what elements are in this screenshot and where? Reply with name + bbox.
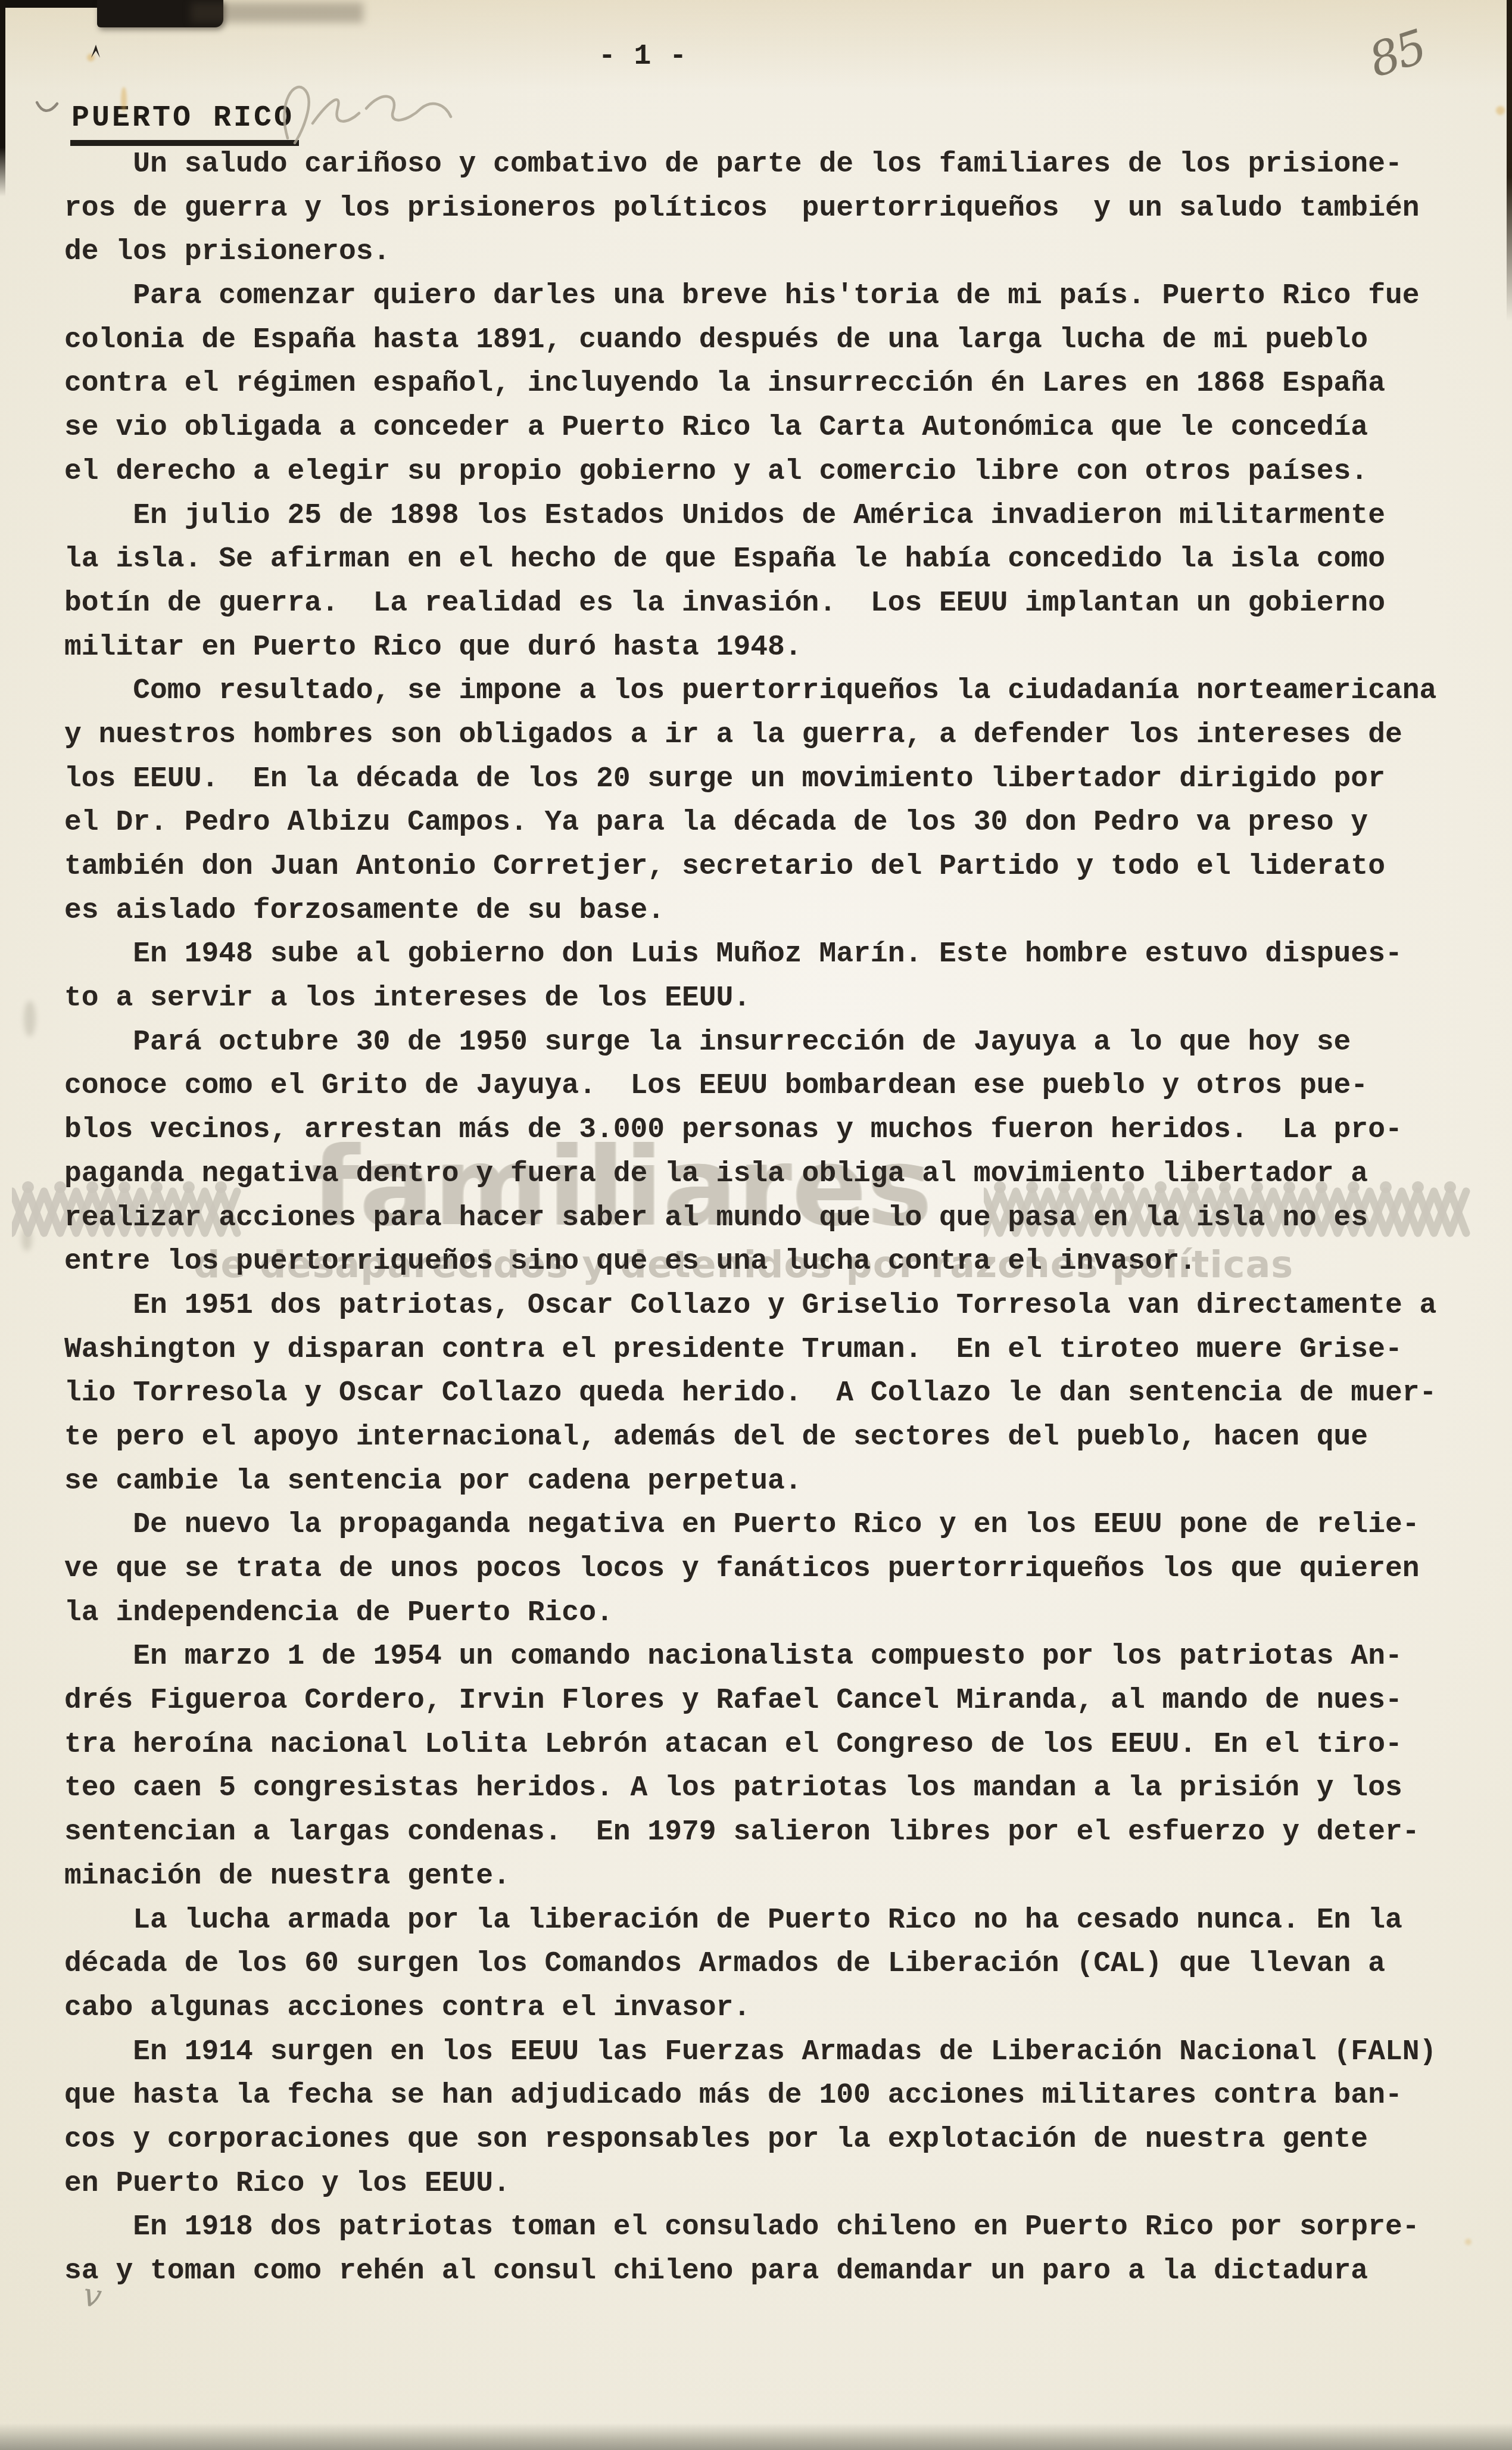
text-line: drés Figueroa Cordero, Irvin Flores y Ra… [64,1679,1436,1723]
text-line: tra heroína nacional Lolita Lebrón ataca… [64,1723,1436,1767]
caret-mark [88,43,104,60]
text-line: es aislado forzosamente de su base. [64,889,1436,933]
text-line: te pero el apoyo internacional, además d… [64,1416,1436,1460]
text-line: de los prisioneros. [64,231,1436,275]
text-line: lio Torresola y Oscar Collazo queda heri… [64,1372,1436,1416]
pencil-scribble [271,67,467,150]
text-line: Pará octubre 30 de 1950 surge la insurre… [64,1021,1436,1065]
text-line: entre los puertorriqueños sino que es un… [64,1240,1436,1284]
text-line: colonia de España hasta 1891, cuando des… [64,319,1436,363]
text-line: teo caen 5 congresistas heridos. A los p… [64,1767,1436,1811]
text-line: sa y toman como rehén al consul chileno … [64,2250,1436,2294]
text-line: la independencia de Puerto Rico. [64,1592,1436,1636]
text-line: to a servir a los intereses de los EEUU. [64,977,1436,1021]
text-line: En marzo 1 de 1954 un comando nacionalis… [64,1635,1436,1679]
text-line: y nuestros hombres son obligados a ir a … [64,714,1436,758]
text-line: En 1948 sube al gobierno don Luis Muñoz … [64,933,1436,977]
text-line: contra el régimen español, incluyendo la… [64,362,1436,406]
text-line: En julio 25 de 1898 los Estados Unidos d… [64,494,1436,538]
text-line: conoce como el Grito de Jayuya. Los EEUU… [64,1064,1436,1109]
text-line: cos y corporaciones que son responsables… [64,2118,1436,2162]
text-line: ros de guerra y los prisioneros político… [64,187,1436,231]
text-line: En 1914 surgen en los EEUU las Fuerzas A… [64,2031,1436,2075]
text-line: se vio obligada a conceder a Puerto Rico… [64,406,1436,450]
text-line: década de los 60 surgen los Comandos Arm… [64,1942,1436,1987]
text-line: cabo algunas acciones contra el invasor. [64,1987,1436,2031]
text-line: De nuevo la propaganda negativa en Puert… [64,1503,1436,1548]
pencil-checkmark [35,96,61,118]
text-line: botín de guerra. La realidad es la invas… [64,582,1436,626]
text-line: Como resultado, se impone a los puertorr… [64,670,1436,714]
text-line: que hasta la fecha se han adjudicado más… [64,2074,1436,2118]
text-line: realizar acciones para hacer saber al mu… [64,1197,1436,1241]
text-line: la isla. Se afirman en el hecho de que E… [64,538,1436,582]
text-line: minación de nuestra gente. [64,1855,1436,1899]
text-line: el derecho a elegir su propio gobierno y… [64,450,1436,494]
text-line: En 1918 dos patriotas toman el consulado… [64,2206,1436,2250]
document-body: Un saludo cariñoso y combativo de parte … [64,143,1436,2294]
text-line: en Puerto Rico y los EEUU. [64,2162,1436,2206]
text-line: Para comenzar quiero darles una breve hi… [64,275,1436,319]
text-line: Un saludo cariñoso y combativo de parte … [64,143,1436,187]
text-line: se cambie la sentencia por cadena perpet… [64,1460,1436,1504]
text-line: los EEUU. En la década de los 20 surge u… [64,758,1436,802]
text-line: En 1951 dos patriotas, Oscar Collazo y G… [64,1284,1436,1328]
text-line: blos vecinos, arrestan más de 3.000 pers… [64,1109,1436,1153]
text-line: también don Juan Antonio Corretjer, secr… [64,845,1436,889]
text-line: sentencian a largas condenas. En 1979 sa… [64,1811,1436,1855]
text-line: ve que se trata de unos pocos locos y fa… [64,1548,1436,1592]
text-line: el Dr. Pedro Albizu Campos. Ya para la d… [64,801,1436,845]
text-line: La lucha armada por la liberación de Pue… [64,1899,1436,1943]
text-line: Washington y disparan contra el presiden… [64,1328,1436,1372]
text-line: paganda negativa dentro y fuera de la is… [64,1153,1436,1197]
text-line: militar en Puerto Rico que duró hasta 19… [64,626,1436,670]
scanned-document-page: familiares de desaparecidos y detenidos … [0,0,1512,2450]
